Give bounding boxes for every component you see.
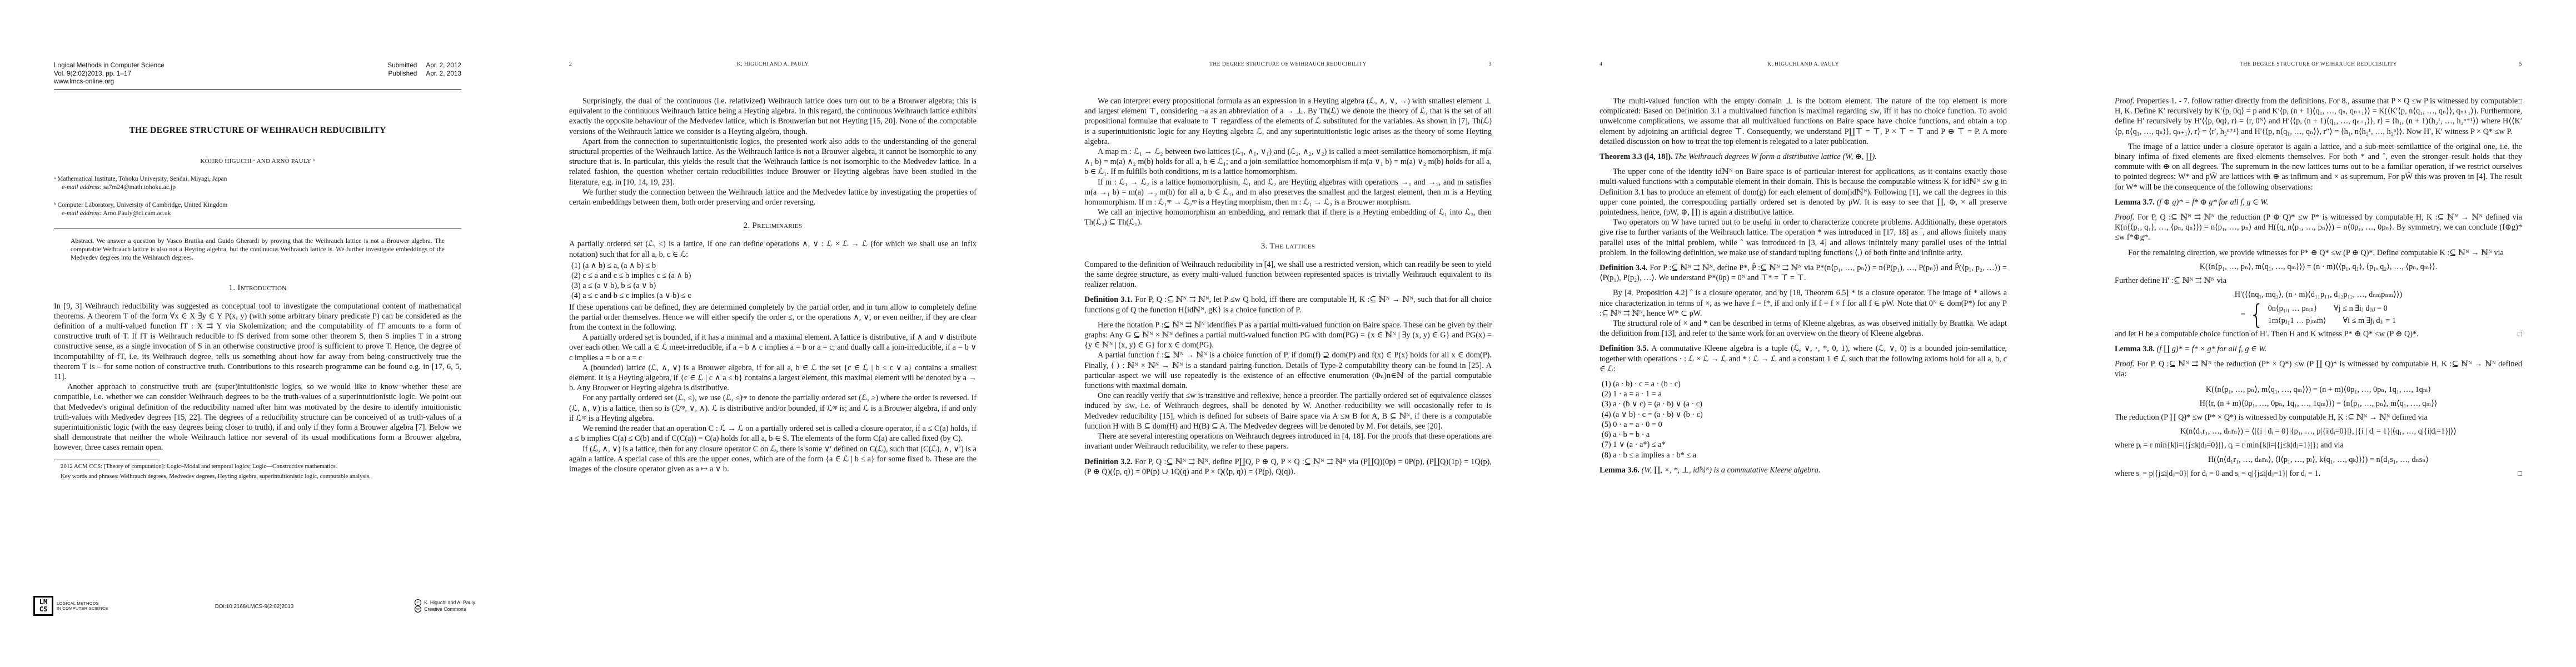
- theorem-3-3: Theorem 3.3 ([4, 18]). The Weihrauch deg…: [1600, 152, 2007, 162]
- page-3: THE DEGREE STRUCTURE OF WEIHRAUCH REDUCI…: [1030, 0, 1546, 667]
- page1-footer: LM CS LOGICAL METHODS IN COMPUTER SCIENC…: [33, 596, 475, 623]
- lemma-3-7: Lemma 3.7. (f ⊕ g)* = f* ⊕ g* for all f,…: [2115, 197, 2522, 207]
- theorem-text: The Weihrauch degrees W form a distribut…: [1675, 152, 1877, 161]
- introduction-text: In [9, 3] Weihrauch reducibility was sug…: [54, 301, 461, 453]
- page-number: 4: [1600, 61, 1767, 67]
- theorem-label: Theorem 3.3 ([4, 18]).: [1600, 152, 1673, 161]
- numbered-item: (1) (a ∧ b) ≤ a, (a ∧ b) ≤ b: [571, 261, 976, 271]
- page-4: 4 K. HIGUCHI AND A. PAULY The multi-valu…: [1546, 0, 2061, 667]
- paragraph: Further define H′ :⊆ ℕᴺ ⇉ ℕᴺ via: [2115, 276, 2522, 286]
- qed-box: □: [2518, 469, 2522, 479]
- case-formula: 1m⟨pⱼ₁1 … pⱼₘm⟩: [2268, 316, 2326, 326]
- numbered-item: (2) c ≤ a and c ≤ b implies c ≤ (a ∧ b): [571, 271, 976, 281]
- paragraph: Compared to the definition of Weihrauch …: [1084, 260, 1492, 290]
- affiliation-b: ᵇ Computer Laboratory, University of Cam…: [54, 201, 461, 208]
- lemma-text: (f ∐ g)* = f* × g* for all f, g ∈ W.: [2156, 345, 2266, 354]
- paragraph: The reduction (P ∐ Q)* ≤ᴡ (P* × Q*) is w…: [2115, 412, 2522, 422]
- paragraph: The multi-valued function with the empty…: [1600, 96, 2007, 147]
- numbered-item: (4) (a ∨ b) · c = (a · b) ∨ (b · c): [1602, 410, 2007, 420]
- proof-label: Proof.: [2115, 213, 2135, 222]
- running-head-title: K. HIGUCHI AND A. PAULY: [1767, 61, 1839, 67]
- journal-volume: Vol. 9(2:02)2013, pp. 1–17: [54, 69, 165, 78]
- paragraph: For any partially ordered set (ℒ, ≤), we…: [569, 393, 976, 424]
- section-heading-introduction: 1. Introduction: [54, 283, 461, 293]
- numbered-item: (4) a ≤ c and b ≤ c implies (a ∨ b) ≤ c: [571, 291, 976, 301]
- page3-body: We can interpret every propositional for…: [1084, 96, 1492, 477]
- paragraph: Apart from the connection to superintuit…: [569, 137, 976, 187]
- paragraph: We call an injective homomorphism an emb…: [1084, 207, 1492, 227]
- paragraph: A partial function f :⊆ ℕᴺ → ℕᴺ is a cho…: [1084, 350, 1492, 391]
- proof-text: For P, Q :⊆ ℕᴺ ⇉ ℕᴺ the reduction (P ⊕ Q…: [2115, 213, 2522, 242]
- numbered-item: (1) (a · b) · c = a · (b · c): [1602, 379, 2007, 389]
- definition-text: For P, Q :⊆ ℕᴺ ⇉ ℕᴺ, let P ≤ᴡ Q hold, if…: [1084, 295, 1492, 314]
- page-5: THE DEGREE STRUCTURE OF WEIHRAUCH REDUCI…: [2061, 0, 2576, 667]
- qed-box: □: [2518, 96, 2522, 106]
- paragraph: For the remaining direction, we provide …: [2115, 248, 2522, 258]
- page1-header: Logical Methods in Computer Science Vol.…: [54, 0, 461, 86]
- numbered-item: (8) a · b ≤ a implies a · b* ≤ a: [1602, 450, 2007, 460]
- running-head: THE DEGREE STRUCTURE OF WEIHRAUCH REDUCI…: [1084, 0, 1492, 67]
- lemma-text: (f ⊕ g)* = f* ⊕ g* for all f, g ∈ W.: [2156, 198, 2268, 207]
- running-head: 2 K. HIGUCHI AND A. PAULY: [569, 0, 976, 67]
- qed-box: □: [2518, 329, 2522, 339]
- proof-block: Proof. For P, Q :⊆ ℕᴺ ⇉ ℕᴺ the reduction…: [2115, 359, 2522, 379]
- cases-brace: {: [2249, 302, 2264, 326]
- display-equation: H(⟨n⟨d₁r₁, …, dₙrₙ⟩, ⟨l⟨p₁, …, pₗ⟩, k⟨q₁…: [2115, 455, 2522, 465]
- definition-label: Definition 3.5.: [1600, 344, 1648, 353]
- running-head: THE DEGREE STRUCTURE OF WEIHRAUCH REDUCI…: [2115, 0, 2522, 67]
- submitted-label: Submitted: [387, 61, 417, 69]
- kleene-axiom-list: (1) (a · b) · c = a · (b · c) (2) 1 · a …: [1602, 379, 2007, 460]
- authors-line: KOJIRO HIGUCHI ᵃ AND ARNO PAULY ᵇ: [54, 158, 461, 165]
- page4-body: The multi-valued function with the empty…: [1600, 96, 2007, 475]
- published-label: Published: [388, 69, 417, 78]
- case-formula: 0n⟨p₁ᵢ₁ … pₙᵢₙ⟩: [2268, 303, 2317, 313]
- paper-title: THE DEGREE STRUCTURE OF WEIHRAUCH REDUCI…: [54, 126, 461, 136]
- footnote-keywords: Key words and phrases: Weihrauch degrees…: [54, 473, 461, 481]
- display-equation: H′(⟨⟨nq₁, mq₂⟩, (n · m)⟨d₁₁p₁₁, d₁₂p₁₂, …: [2115, 290, 2522, 300]
- lemma-label: Lemma 3.8.: [2115, 345, 2155, 354]
- email-label-a: e-mail address:: [62, 183, 102, 191]
- numbered-item: (3) a · (b ∨ c) = (a · b) ∨ (a · c): [1602, 399, 2007, 409]
- page-number: 2: [569, 61, 737, 67]
- page2-body: Surprisingly, the dual of the continuous…: [569, 96, 976, 474]
- paragraph: By [4, Proposition 4.2] ˆ is a closure o…: [1600, 288, 2007, 318]
- definition-3-4: Definition 3.4. For P :⊆ ℕᴺ ⇉ ℕᴺ, define…: [1600, 263, 2007, 283]
- title-rule: [54, 228, 461, 228]
- paragraph: If m : ℒ₁ → ℒ₂ is a lattice homomorphism…: [1084, 177, 1492, 208]
- paragraph: where pᵢ = r min{k|i=|{j≤k|dⱼ=0}|}, qᵢ =…: [2115, 440, 2522, 450]
- paragraph: □ where sᵢ = p|{j≤i|dⱼ=0}| for dᵢ = 0 an…: [2115, 469, 2522, 479]
- display-equation: K(⟨n⟨p₁, …, pₙ⟩, m⟨q₁, …, qₘ⟩⟩) = (n · m…: [2115, 262, 2522, 272]
- published-date: Apr. 2, 2013: [426, 69, 461, 78]
- paragraph: One can readily verify that ≤ᴡ is transi…: [1084, 391, 1492, 431]
- page-number: 3: [1367, 61, 1492, 67]
- doi[interactable]: DOI:10.2168/LMCS-9(2:02)2013: [33, 604, 475, 610]
- paragraph: In [9, 3] Weihrauch reducibility was sug…: [54, 301, 461, 382]
- submission-dates: Submitted Apr. 2, 2012 Published Apr. 2,…: [387, 61, 461, 86]
- numbered-item: (3) a ≤ (a ∨ b), b ≤ (a ∨ b): [571, 281, 976, 291]
- email-label-b: e-mail address:: [62, 210, 102, 217]
- lemma-3-8: Lemma 3.8. (f ∐ g)* = f* × g* for all f,…: [2115, 344, 2522, 354]
- numbered-item: (5) 0 · a = a · 0 = 0: [1602, 420, 2007, 430]
- email-b: e-mail address: Arno.Pauly@cl.cam.ac.uk: [62, 210, 461, 217]
- numbered-item: (2) 1 · a = a · 1 = a: [1602, 389, 2007, 399]
- lemma-label: Lemma 3.6.: [1600, 466, 1640, 475]
- copyright-block: c K. Higuchi and A. Pauly cc Creative Co…: [415, 599, 475, 613]
- lemma-text: (W, ∐, ×, *, ⊥, idℕᴺ) is a commutative K…: [1641, 466, 1820, 475]
- paragraph: The structural role of × and * can be de…: [1600, 318, 2007, 339]
- journal-name: Logical Methods in Computer Science: [54, 61, 165, 69]
- page-1: Logical Methods in Computer Science Vol.…: [0, 0, 515, 667]
- paragraph: A (bounded) lattice (ℒ, ∧, ∨) is a Brouw…: [569, 363, 976, 394]
- proof-text: Properties 1. - 7. follow rather directl…: [2115, 97, 2522, 136]
- running-head: 4 K. HIGUCHI AND A. PAULY: [1600, 0, 2007, 67]
- paragraph: We further study the connection between …: [569, 187, 976, 207]
- numbered-item: (7) 1 ∨ (a · a*) ≤ a*: [1602, 440, 2007, 450]
- paragraph: The image of a lattice under a closure o…: [2115, 142, 2522, 192]
- paper-spread: { "p1": { "journal": ["Logical Methods i…: [0, 0, 2576, 667]
- submitted-date: Apr. 2, 2012: [426, 61, 461, 69]
- paragraph: Another approach to constructive truth a…: [54, 382, 461, 452]
- lattice-axiom-list: (1) (a ∧ b) ≤ a, (a ∧ b) ≤ b (2) c ≤ a a…: [571, 261, 976, 301]
- paragraph: Two operators on W have turned out to be…: [1600, 217, 2007, 258]
- lemma-3-6: Lemma 3.6. (W, ∐, ×, *, ⊥, idℕᴺ) is a co…: [1600, 465, 2007, 475]
- affiliation-a: ᵃ Mathematical Institute, Tohoku Univers…: [54, 175, 461, 182]
- page-2: 2 K. HIGUCHI AND A. PAULY Surprisingly, …: [515, 0, 1030, 667]
- proof-label: Proof.: [2115, 360, 2135, 369]
- paragraph: A map m : ℒ₁ → ℒ₂ between two lattices (…: [1084, 147, 1492, 177]
- proof-block: □ Proof. Properties 1. - 7. follow rathe…: [2115, 96, 2522, 137]
- paragraph: We can interpret every propositional for…: [1084, 96, 1492, 147]
- paragraph: Surprisingly, the dual of the continuous…: [569, 96, 976, 137]
- running-head-title: THE DEGREE STRUCTURE OF WEIHRAUCH REDUCI…: [2240, 61, 2397, 67]
- paragraph: A partially ordered set is bounded, if i…: [569, 332, 976, 363]
- section-heading-preliminaries: 2. Preliminaries: [569, 221, 976, 231]
- paragraph: The upper cone of the identity idℕᴺ on B…: [1600, 167, 2007, 217]
- email-address-a[interactable]: sa7m24@math.tohoku.ac.jp: [103, 183, 176, 191]
- case-condition: ∀j ≤ n ∃iⱼ dⱼᵢⱼ = 0: [2334, 303, 2388, 313]
- numbered-item: (6) a · b = b · a: [1602, 430, 2007, 440]
- footnote-rule: [54, 460, 158, 460]
- definition-3-2: Definition 3.2. For P, Q :⊆ ℕᴺ ⇉ ℕᴺ, def…: [1084, 457, 1492, 477]
- section-heading-lattices: 3. The lattices: [1084, 241, 1492, 251]
- definition-label: Definition 3.2.: [1084, 457, 1133, 466]
- equals-sign: =: [2241, 310, 2245, 320]
- cases-equation: = { 0n⟨p₁ᵢ₁ … pₙᵢₙ⟩ ∀j ≤ n ∃iⱼ dⱼᵢⱼ = 0 …: [2115, 303, 2522, 325]
- display-equation: H(⟨r, (n + m)⟨0p₁, …, 0pₙ, 1q₁, …, 1qₘ⟩⟩…: [2115, 399, 2522, 409]
- running-head-title: K. HIGUCHI AND A. PAULY: [737, 61, 809, 67]
- definition-3-1: Definition 3.1. For P, Q :⊆ ℕᴺ ⇉ ℕᴺ, let…: [1084, 295, 1492, 315]
- copyright-text: K. Higuchi and A. Pauly: [424, 599, 475, 606]
- email-address-b[interactable]: Arno.Pauly@cl.cam.ac.uk: [103, 210, 171, 217]
- paragraph: If these operations can be defined, they…: [569, 302, 976, 333]
- definition-3-5: Definition 3.5. A commutative Kleene alg…: [1600, 344, 2007, 374]
- paragraph: Here the notation P :⊆ ℕᴺ ⇉ ℕᴺ identifie…: [1084, 320, 1492, 351]
- paragraph: We remind the reader that an operation C…: [569, 424, 976, 444]
- page-number: 5: [2397, 61, 2522, 67]
- definition-label: Definition 3.4.: [1600, 263, 1647, 272]
- definition-text: For P :⊆ ℕᴺ ⇉ ℕᴺ, define P*, P̂ :⊆ ℕᴺ ⇉ …: [1600, 263, 2007, 282]
- journal-url[interactable]: www.lmcs-online.org: [54, 77, 165, 86]
- abstract: Abstract. We answer a question by Vasco …: [71, 237, 445, 262]
- paragraph: A partially ordered set (ℒ, ≤) is a latt…: [569, 239, 976, 259]
- definition-text: For P, Q :⊆ ℕᴺ ⇉ ℕᴺ, define P∐Q, P ⊕ Q, …: [1084, 457, 1492, 476]
- display-equation: K(n⟨d₁r₁, …, dₙrₙ⟩) = ⟨|{i | dᵢ = 0}|⟨p₁…: [2115, 426, 2522, 436]
- proof-text: For P, Q :⊆ ℕᴺ ⇉ ℕᴺ the reduction (P* × …: [2115, 360, 2522, 379]
- journal-info: Logical Methods in Computer Science Vol.…: [54, 61, 165, 86]
- lemma-label: Lemma 3.7.: [2115, 198, 2155, 207]
- running-head-title: THE DEGREE STRUCTURE OF WEIHRAUCH REDUCI…: [1209, 61, 1367, 67]
- page5-body: □ Proof. Properties 1. - 7. follow rathe…: [2115, 96, 2522, 479]
- copyright-icon: c: [415, 599, 421, 606]
- cc-icon: cc: [415, 606, 421, 613]
- definition-text: A commutative Kleene algebra is a tuple …: [1600, 344, 2007, 373]
- paragraph: If (ℒ, ∧, ∨) is a lattice, then for any …: [569, 444, 976, 475]
- proof-label: Proof.: [2115, 97, 2135, 106]
- paragraph: There are several interesting operations…: [1084, 431, 1492, 451]
- proof-block: Proof. For P, Q :⊆ ℕᴺ ⇉ ℕᴺ the reduction…: [2115, 212, 2522, 243]
- header-rule: [54, 89, 461, 90]
- definition-label: Definition 3.1.: [1084, 295, 1133, 304]
- display-equation: K(⟨n⟨p₁, …, pₙ⟩, m⟨q₁, …, qₘ⟩⟩) = (n + m…: [2115, 385, 2522, 395]
- footnote-acm: 2012 ACM CCS: [Theory of computation]: L…: [54, 463, 461, 471]
- paragraph: □ and let H be a computable choice funct…: [2115, 329, 2522, 339]
- email-a: e-mail address: sa7m24@math.tohoku.ac.jp: [62, 183, 461, 191]
- cc-text[interactable]: Creative Commons: [424, 606, 466, 613]
- case-condition: ∀i ≤ m ∃jᵢ dⱼᵢ = 1: [2343, 316, 2396, 326]
